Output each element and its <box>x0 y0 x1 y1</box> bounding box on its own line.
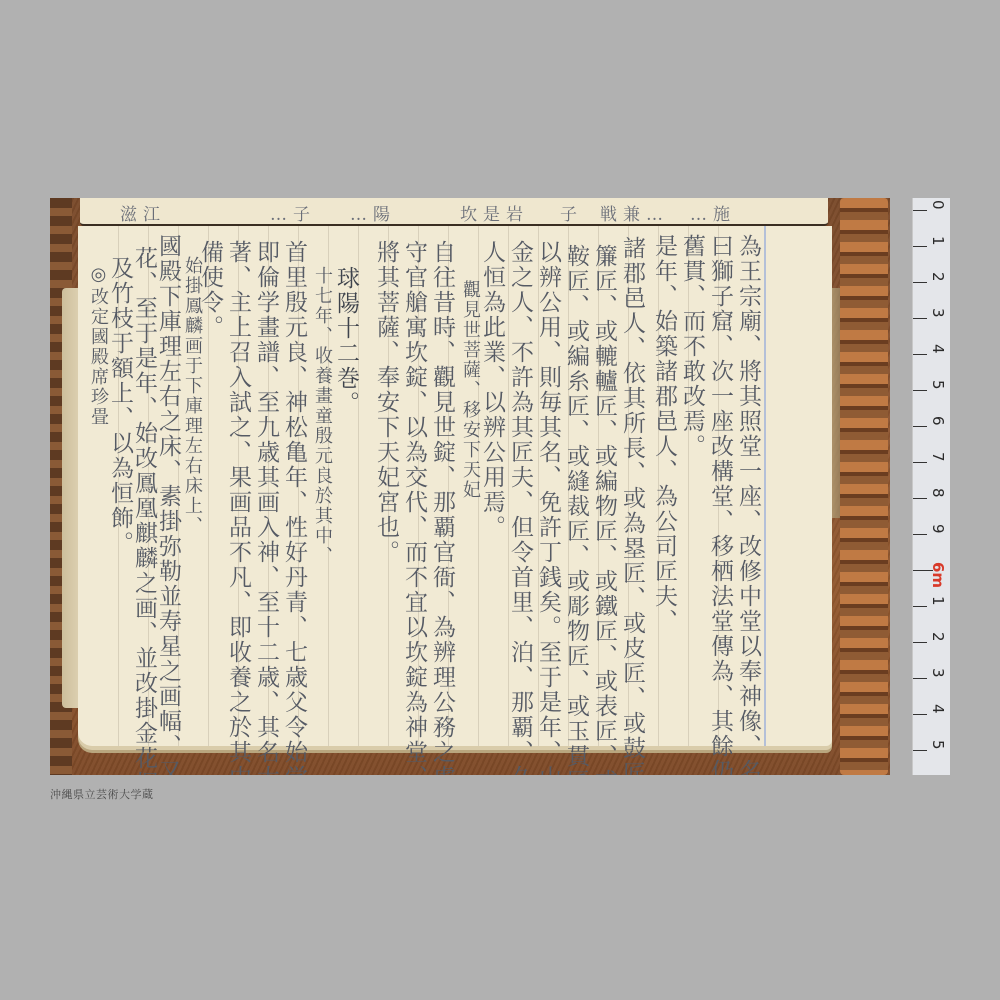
previous-page-edge: 滋江 …子 …陽 坎是岩 子 戦兼… …施 <box>80 198 828 226</box>
text-column: 為王宗廟、將其照堂一座、改修中堂以奉神像、名 <box>734 234 762 775</box>
text-column: 鞍匠、或編糸匠、或縫裁匠、或彫物匠、或玉貫匠等、 <box>562 244 590 775</box>
fragment-text: …陽 <box>350 200 396 225</box>
ruler-label-meter: 6m <box>929 562 947 588</box>
text-column: 以辨公用、則毎其名、免許丁銭矣。至于是年、山 <box>534 240 562 775</box>
text-column: 首里殷元良、神松亀年、性好丹青、七歳父令始学字書。 <box>280 240 308 775</box>
text-column: 諸郡邑人、依其所長、或為塁匠、或皮匠、或鼓匠、或 <box>618 236 646 775</box>
leather-binding: 滋江 …子 …陽 坎是岩 子 戦兼… …施 <box>50 198 890 775</box>
margin-line <box>764 226 766 746</box>
text-column: 觀見世菩薩、移安下天妃 <box>456 280 484 500</box>
text-column: 十七年、收養畫童殷元良於其中、 <box>308 266 336 566</box>
text-column: 始掛鳳麟画于下庫理左右床上、 <box>178 256 206 536</box>
leather-lacing <box>840 198 888 775</box>
ruler-label: 1 <box>929 236 947 246</box>
manuscript-photograph: 滋江 …子 …陽 坎是岩 子 戦兼… …施 <box>50 198 950 775</box>
text-column: 曰獅子窟、次一座改構堂、移栖法堂傳為、其餘仍 <box>706 234 734 775</box>
ruler-label: 6 <box>929 416 947 426</box>
ruler-label: 2 <box>929 632 947 642</box>
fragment-text: 子 <box>560 200 583 225</box>
text-column: 花、至于是年、始改鳳凰麒麟之画、並改掛金花桐 <box>130 246 158 775</box>
text-column: 是年、始築諸郡邑人、為公司匠夫、 <box>650 234 678 634</box>
ruler-label: 1 <box>929 596 947 606</box>
fragment-text: 坎是岩 <box>460 200 529 225</box>
ruler-label: 5 <box>929 740 947 750</box>
ruler-label: 4 <box>929 344 947 354</box>
chapter-title: 球陽十二巻。 <box>332 266 360 416</box>
ruler-label: 2 <box>929 272 947 282</box>
ruler-label: 4 <box>929 704 947 714</box>
text-column: 金之人、不許為其匠夫、但令首里、泊、那覇、久米邑 <box>506 240 534 775</box>
text-column: 自往昔時、觀見世錠、那覇官衙、為辨理公務之處、且鎮 <box>428 240 456 775</box>
ruler-label: 7 <box>929 452 947 462</box>
text-column: 著、主上召入試之、果画品不凡、即收養之於其中、以 <box>224 240 252 775</box>
fragment-text: …施 <box>690 200 736 225</box>
ruler-label: 5 <box>929 380 947 390</box>
fragment-text: 滋江 <box>120 200 166 225</box>
collection-credit-caption: 沖縄県立芸術大学蔵 <box>50 786 154 802</box>
text-column: 簾匠、或轆轤匠、或編物匠、或鐵匠、或表匠、或馬 <box>590 244 618 775</box>
text-column: 將其菩薩、奉安下天妃宮也。 <box>372 240 400 565</box>
text-column: 國殿下庫理左右之床、素掛弥勒並寿星之画幅、又掛生 <box>154 234 182 775</box>
fragment-text: 戦兼… <box>600 200 669 225</box>
text-column: 舊貫、而不敢改焉。 <box>678 234 706 459</box>
ruler-label: 8 <box>929 488 947 498</box>
ruler-label: 0 <box>929 200 947 210</box>
ruler-label: 9 <box>929 524 947 534</box>
manuscript-page: 為王宗廟、將其照堂一座、改修中堂以奉神像、名 曰獅子窟、次一座改構堂、移栖法堂傳… <box>78 226 832 746</box>
text-column: 守官艙寓坎錠、以為交代、而不宜以坎錠為神堂、由是 <box>400 240 428 775</box>
measuring-ruler: 0 1 2 3 4 5 6 7 8 9 6m 1 2 3 4 5 <box>912 198 950 775</box>
text-column: ◎改定國殿席珍畳 <box>84 264 112 427</box>
fragment-text: …子 <box>270 200 316 225</box>
text-column: 即倫学畫譜、至九歳其画入神、至十二歳、其名大 <box>252 240 280 775</box>
ruler-label: 3 <box>929 668 947 678</box>
ruler-label: 3 <box>929 308 947 318</box>
